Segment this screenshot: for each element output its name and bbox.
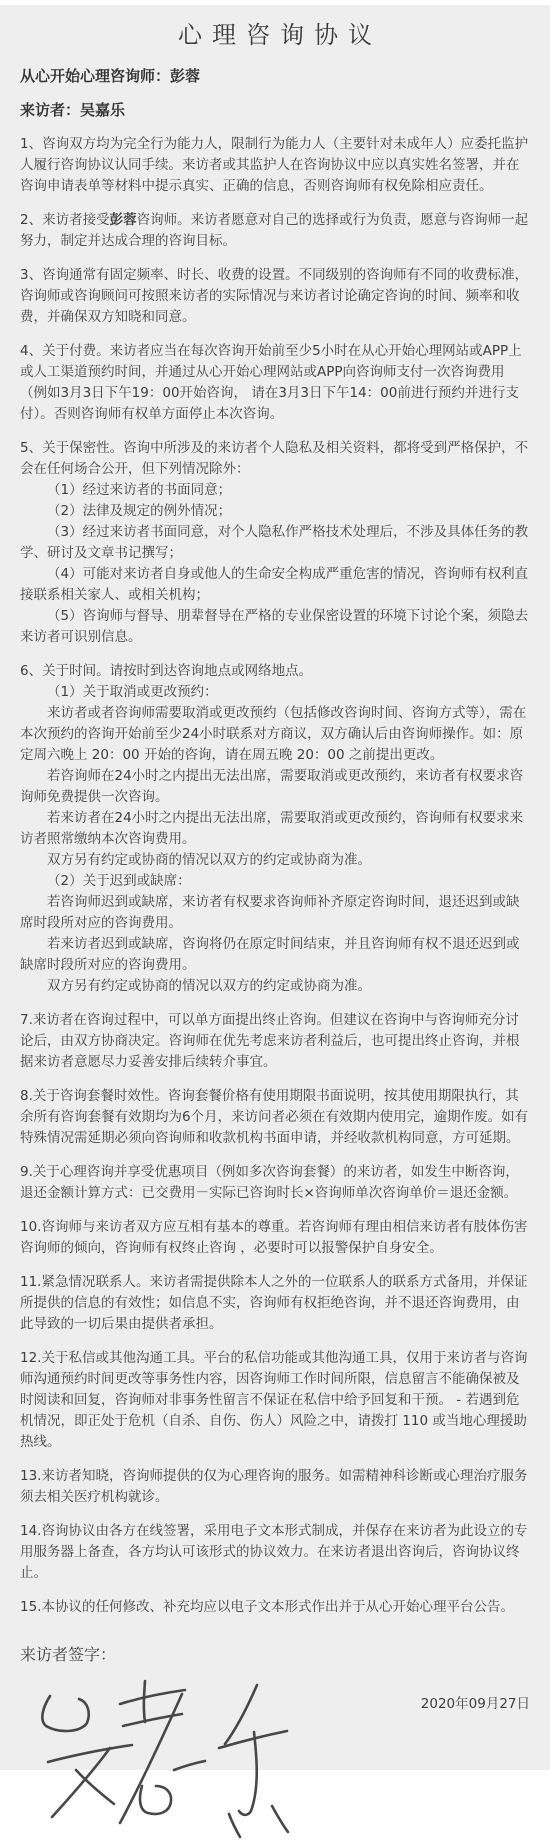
clause-sub-paragraph: 若来访者在24小时之内提出无法出席，需要取消或更改预约，咨询师有权要求来访者照常… xyxy=(20,808,530,850)
clause-paragraph: 6、关于时间。请按时到达咨询地点或网络地点。 xyxy=(20,661,530,682)
counselor-name-bold: 彭蓉 xyxy=(110,212,137,228)
clause-sub-paragraph: 若咨询师在24小时之内提出无法出席，需要取消或更改预约，来访者有权要求咨询师免费… xyxy=(20,766,530,808)
clause-paragraph: 9.关于心理咨询并享受优惠项目（例如多次咨询套餐）的来访者，如发生中断咨询，退还… xyxy=(20,1162,530,1204)
clause-sub-paragraph: （1）关于取消或更改预约： xyxy=(20,682,530,703)
clause-sub-paragraph: （1）经过来访者的书面同意； xyxy=(20,480,530,501)
clause-sub-paragraph: 若来访者迟到或缺席，咨询将仍在原定时间结束，并且咨询师有权不退还迟到或缺席时段所… xyxy=(20,934,530,976)
clause-sub-paragraph: （5）咨询师与督导、朋辈督导在严格的专业保密设置的环境下讨论个案，须隐去来访者可… xyxy=(20,606,530,648)
clause-sub-paragraph: 双方另有约定或协商的情况以双方的约定或协商为准。 xyxy=(20,850,530,871)
clause-paragraph: 13.来访者知晓，咨询师提供的仅为心理咨询的服务。如需精神科诊断或心理治疗服务须… xyxy=(20,1466,530,1508)
clause-sub-paragraph: （2）法律及规定的例外情况； xyxy=(20,501,530,522)
signature-label: 来访者签字： xyxy=(20,1644,530,1666)
clause-paragraph: 1、咨询双方均为完全行为能力人，限制行为能力人（主要针对未成年人）应委托监护人履… xyxy=(20,134,530,197)
clause-sub-paragraph: （2）关于迟到或缺席： xyxy=(20,871,530,892)
clause-sub-paragraph: 若咨询师迟到或缺席，来访者有权要求咨询师补齐原定咨询时间，退还迟到或缺席时段所对… xyxy=(20,892,530,934)
counselor-line: 从心开始心理咨询师：彭蓉 xyxy=(20,66,530,86)
clause-paragraph: 5、关于保密性。咨询中所涉及的来访者个人隐私及相关资料，都将受到严格保护，不会在… xyxy=(20,438,530,480)
clause-sub-paragraph: （4）可能对来访者自身或他人的生命安全构成严重危害的情况，咨询师有权利直接联系相… xyxy=(20,564,530,606)
clause-paragraph: 15.本协议的任何修改、补充均应以电子文本形式作出并于从心开始心理平台公告。 xyxy=(20,1597,530,1618)
visitor-line: 来访者：吴嘉乐 xyxy=(20,100,530,120)
clause-paragraph: 10.咨询师与来访者双方应互相有基本的尊重。若咨询师有理由相信来访者有肢体伤害咨… xyxy=(20,1217,530,1259)
clause-paragraph: 3、咨询通常有固定频率、时长、收费的设置。不同级别的咨询师有不同的收费标准，咨询… xyxy=(20,265,530,328)
agreement-document: 心理咨询协议 从心开始心理咨询师：彭蓉 来访者：吴嘉乐 1、咨询双方均为完全行为… xyxy=(0,5,550,1770)
clause-text: 2、来访者接受 xyxy=(20,212,110,228)
clause-paragraph: 4、关于付费。来访者应当在每次咨询开始前至少5小时在从心开始心理网站或APP上或… xyxy=(20,341,530,425)
signature-drawing xyxy=(24,1674,304,1846)
page: 心理咨询协议 从心开始心理咨询师：彭蓉 来访者：吴嘉乐 1、咨询双方均为完全行为… xyxy=(0,0,550,1774)
agreement-body: 1、咨询双方均为完全行为能力人，限制行为能力人（主要针对未成年人）应委托监护人履… xyxy=(20,134,530,1618)
clause-paragraph: 8.关于咨询套餐时效性。咨询套餐价格有使用期限书面说明，按其使用期限执行，其余所… xyxy=(20,1086,530,1149)
clause-paragraph: 14.咨询协议由各方在线签署，采用电子文本形式制成，并保存在来访者为此设立的专用… xyxy=(20,1521,530,1584)
page-title: 心理咨询协议 xyxy=(20,15,530,50)
clause-paragraph: 12.关于私信或其他沟通工具。平台的私信功能或其他沟通工具，仅用于来访者与咨询师… xyxy=(20,1348,530,1453)
clause-paragraph: 11.紧急情况联系人。来访者需提供除本人之外的一位联系人的联系方式备用，并保证所… xyxy=(20,1272,530,1335)
clause-sub-paragraph: 双方另有约定或协商的情况以双方的约定或协商为准。 xyxy=(20,976,530,997)
clause-paragraph: 2、来访者接受彭蓉咨询师。来访者愿意对自己的选择或行为负责，愿意与咨询师一起努力… xyxy=(20,210,530,252)
clause-paragraph: 7.来访者在咨询过程中，可以单方面提出终止咨询。但建议在咨询中与咨询师充分讨论后… xyxy=(20,1010,530,1073)
clause-sub-paragraph: （3）经过来访者书面同意，对个人隐私作严格技术处理后，不涉及具体任务的教学、研讨… xyxy=(20,522,530,564)
signature-date: 2020年09月27日 xyxy=(421,1692,530,1712)
clause-sub-paragraph: 来访者或者咨询师需要取消或更改预约（包括修改咨询时间、咨询方式等），需在本次预约… xyxy=(20,703,530,766)
